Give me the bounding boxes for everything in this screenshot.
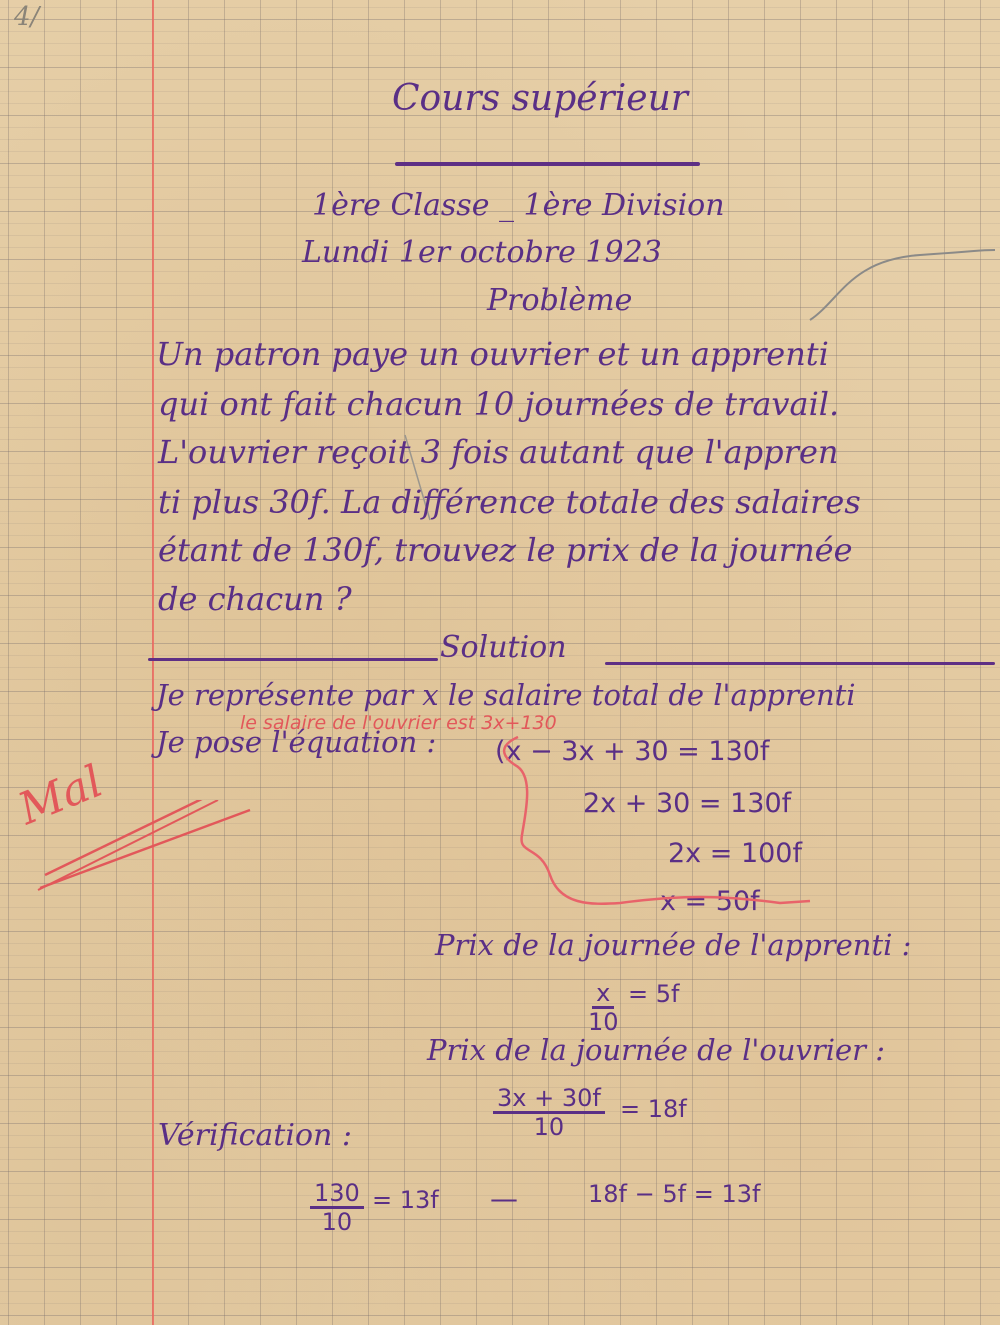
problem-line: Un patron paye un ouvrier et un apprenti [156,335,829,373]
solution-rule-left [148,658,438,661]
ouvrier-price-label: Prix de la journée de l'ouvrier : [427,1033,885,1067]
pencil-corner-mark: 4/ [14,2,39,32]
fraction-denominator: 10 [534,1114,565,1140]
heading-underline [395,162,700,166]
problem-line: ti plus 30f. La différence totale des sa… [158,483,861,521]
fraction-numerator: 3x + 30f [493,1085,605,1114]
verification-label: Vérification : [158,1118,352,1153]
page-heading: Cours supérieur [392,78,688,119]
grade-flourish-strokes [30,800,270,940]
solution-line-equation-label: Je pose l'équation : [156,725,436,759]
verification-check: 18f − 5f = 13f [588,1180,760,1208]
fraction-denominator: 10 [322,1209,353,1235]
solution-rule-right [605,662,995,665]
ouvrier-fraction: 3x + 30f 10 [493,1085,605,1141]
teacher-red-wavy-line [480,735,820,935]
problem-title: Problème [487,283,632,318]
problem-line: étant de 130f, trouvez le prix de la jou… [158,531,853,569]
problem-line: de chacun ? [158,580,352,618]
class-division: 1ère Classe _ 1ère Division [312,188,725,223]
verification-dash: — [490,1182,518,1215]
problem-line: L'ouvrier reçoit 3 fois autant que l'app… [158,433,838,471]
fraction-numerator: 130 [310,1180,364,1209]
verification-result: = 13f [372,1186,439,1214]
solution-title: Solution [440,630,567,665]
apprenti-price-label: Prix de la journée de l'apprenti : [435,928,911,962]
date: Lundi 1er octobre 1923 [302,235,662,270]
apprenti-fraction: x 10 [588,980,619,1036]
ouvrier-result: = 18f [620,1095,687,1123]
red-margin-line [152,0,154,1325]
fraction-denominator: 10 [588,1009,619,1035]
verification-fraction: 130 10 [310,1180,364,1236]
problem-line: qui ont fait chacun 10 journées de trava… [158,385,839,423]
apprenti-result: = 5f [628,980,679,1008]
fraction-numerator: x [592,980,614,1009]
solution-line-represent: Je représente par x le salaire total de … [156,678,856,712]
pencil-curve-mark [800,220,1000,340]
